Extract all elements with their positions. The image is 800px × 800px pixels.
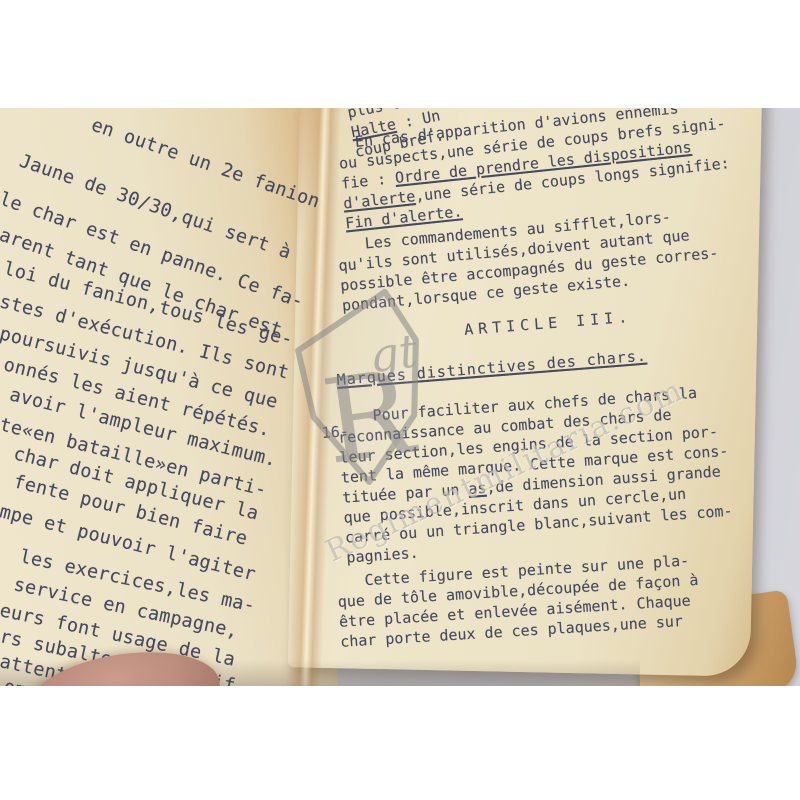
letterbox-top [0, 0, 800, 108]
left-page-text: et gnie, sont uleur rouge tion,la cou- e… [0, 108, 338, 686]
book-photo: et gnie, sont uleur rouge tion,la cou- e… [0, 0, 800, 800]
photo-area: et gnie, sont uleur rouge tion,la cou- e… [0, 108, 800, 686]
watermark-monogram-sup: gt [366, 323, 421, 383]
letterbox-bottom [0, 686, 800, 800]
watermark-shield: R gt [285, 282, 439, 494]
